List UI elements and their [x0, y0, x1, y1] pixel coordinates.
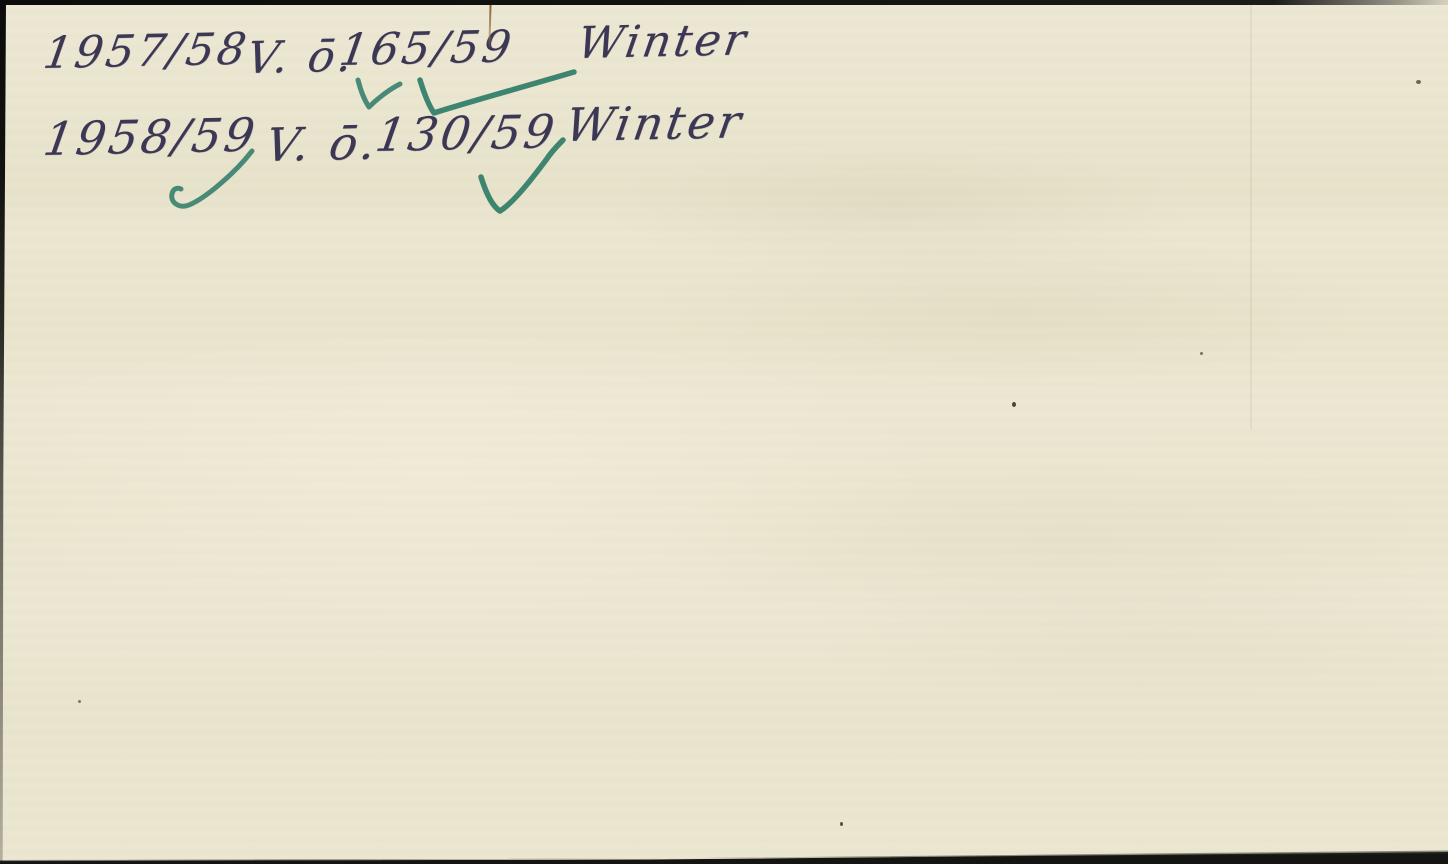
scan-edge-top	[0, 0, 1448, 5]
line1-name: Winter	[574, 14, 752, 69]
line2-abbreviation: V. ō.	[262, 116, 383, 172]
paper-speck	[78, 700, 81, 703]
line2-reference: 130/59	[372, 104, 561, 162]
paper-speck	[1012, 402, 1016, 407]
index-card-scan: 1957/58 V. ō. 165/59 Winter 1958/59 V. ō…	[0, 0, 1448, 864]
line2-name: Winter	[562, 94, 748, 152]
paper-speck	[1200, 352, 1203, 355]
paper-crease	[1250, 0, 1252, 430]
paper-speck	[1416, 80, 1421, 84]
line1-year-range: 1957/58	[40, 24, 252, 79]
paper-speck	[840, 822, 843, 826]
line2-year-range: 1958/59	[40, 108, 261, 166]
